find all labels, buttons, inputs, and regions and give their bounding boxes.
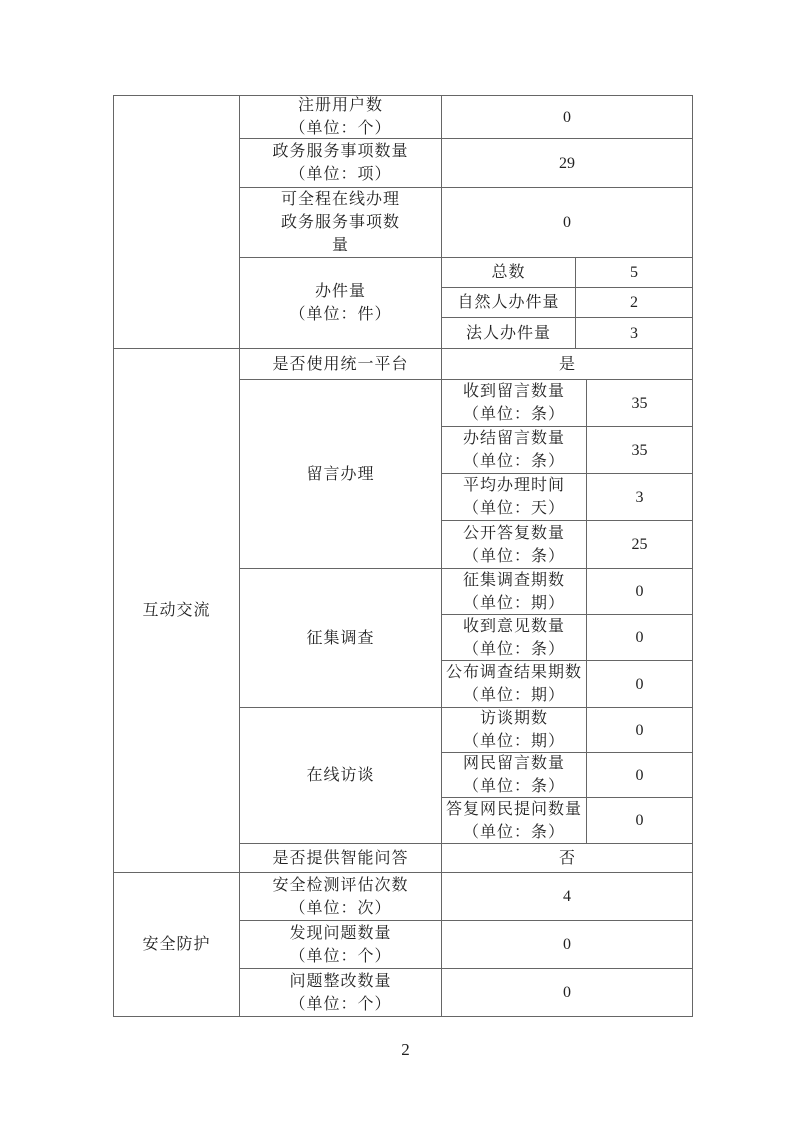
subrow-value: 25: [587, 521, 692, 568]
table-group-row: 留言办理 收到留言数量 （单位：条） 35 办结留言数量 （单位：条） 35 平…: [240, 380, 692, 569]
table-row: 注册用户数 （单位：个） 0: [240, 96, 692, 139]
subrow-label: 网民留言数量 （单位：条）: [442, 753, 587, 797]
row-value: 0: [442, 96, 692, 138]
category-cell: 安全防护: [114, 873, 240, 1016]
table-subrow: 收到留言数量 （单位：条） 35: [442, 380, 692, 427]
group-label: 在线访谈: [240, 708, 442, 843]
category-cell: 互动交流: [114, 349, 240, 872]
table-group-row: 在线访谈 访谈期数 （单位：期） 0 网民留言数量 （单位：条） 0 答复网民提…: [240, 708, 692, 844]
table-subrow: 访谈期数 （单位：期） 0: [442, 708, 692, 753]
table-subrow: 征集调查期数 （单位：期） 0: [442, 569, 692, 615]
table-subrow: 公布调查结果期数 （单位：期） 0: [442, 661, 692, 707]
group-subrows: 访谈期数 （单位：期） 0 网民留言数量 （单位：条） 0 答复网民提问数量 （…: [442, 708, 692, 843]
table-section-services: 注册用户数 （单位：个） 0 政务服务事项数量 （单位：项） 29 可全程在线办…: [114, 96, 692, 349]
subrow-label: 法人办件量: [442, 318, 576, 348]
category-cell-empty: [114, 96, 240, 348]
table-subrow: 平均办理时间 （单位：天） 3: [442, 474, 692, 521]
row-label: 问题整改数量 （单位：个）: [240, 969, 442, 1016]
row-value: 29: [442, 139, 692, 187]
table-row: 可全程在线办理 政务服务事项数 量 0: [240, 188, 692, 258]
row-value: 是: [442, 349, 692, 379]
subrow-label: 收到留言数量 （单位：条）: [442, 380, 587, 426]
section-rows: 注册用户数 （单位：个） 0 政务服务事项数量 （单位：项） 29 可全程在线办…: [240, 96, 692, 348]
table-section-interaction: 互动交流 是否使用统一平台 是 留言办理 收到留言数量 （单位：条） 35 办结…: [114, 349, 692, 873]
subrow-value: 35: [587, 427, 692, 473]
subrow-value: 0: [587, 798, 692, 843]
subrow-label: 公开答复数量 （单位：条）: [442, 521, 587, 568]
row-value: 0: [442, 188, 692, 257]
subrow-label: 自然人办件量: [442, 288, 576, 317]
row-label: 是否使用统一平台: [240, 349, 442, 379]
table-subrow: 公开答复数量 （单位：条） 25: [442, 521, 692, 568]
subrow-label: 办结留言数量 （单位：条）: [442, 427, 587, 473]
subrow-label: 答复网民提问数量 （单位：条）: [442, 798, 587, 843]
table-group-row: 办件量 （单位：件） 总数 5 自然人办件量 2 法人办件量 3: [240, 258, 692, 348]
group-subrows: 征集调查期数 （单位：期） 0 收到意见数量 （单位：条） 0 公布调查结果期数…: [442, 569, 692, 707]
table-row: 是否使用统一平台 是: [240, 349, 692, 380]
table-subrow: 答复网民提问数量 （单位：条） 0: [442, 798, 692, 843]
row-label: 发现问题数量 （单位：个）: [240, 921, 442, 968]
subrow-value: 0: [587, 708, 692, 752]
subrow-value: 5: [576, 258, 692, 287]
group-subrows: 总数 5 自然人办件量 2 法人办件量 3: [442, 258, 692, 348]
subrow-value: 3: [576, 318, 692, 348]
row-value: 0: [442, 921, 692, 968]
report-table: 注册用户数 （单位：个） 0 政务服务事项数量 （单位：项） 29 可全程在线办…: [113, 95, 693, 1017]
section-rows: 是否使用统一平台 是 留言办理 收到留言数量 （单位：条） 35 办结留言数量 …: [240, 349, 692, 872]
table-section-security: 安全防护 安全检测评估次数 （单位：次） 4 发现问题数量 （单位：个） 0 问…: [114, 873, 692, 1016]
row-label: 政务服务事项数量 （单位：项）: [240, 139, 442, 187]
group-label: 留言办理: [240, 380, 442, 568]
table-subrow: 总数 5: [442, 258, 692, 288]
table-subrow: 自然人办件量 2: [442, 288, 692, 318]
row-label: 是否提供智能问答: [240, 844, 442, 872]
subrow-value: 0: [587, 661, 692, 707]
subrow-label: 平均办理时间 （单位：天）: [442, 474, 587, 520]
row-value: 0: [442, 969, 692, 1016]
subrow-value: 35: [587, 380, 692, 426]
document-page: 注册用户数 （单位：个） 0 政务服务事项数量 （单位：项） 29 可全程在线办…: [0, 0, 793, 1122]
table-row: 问题整改数量 （单位：个） 0: [240, 969, 692, 1016]
subrow-value: 0: [587, 569, 692, 614]
table-subrow: 收到意见数量 （单位：条） 0: [442, 615, 692, 661]
row-value: 4: [442, 873, 692, 920]
subrow-value: 2: [576, 288, 692, 317]
group-subrows: 收到留言数量 （单位：条） 35 办结留言数量 （单位：条） 35 平均办理时间…: [442, 380, 692, 568]
subrow-label: 公布调查结果期数 （单位：期）: [442, 661, 587, 707]
subrow-value: 3: [587, 474, 692, 520]
table-subrow: 法人办件量 3: [442, 318, 692, 348]
subrow-label: 收到意见数量 （单位：条）: [442, 615, 587, 660]
table-row: 是否提供智能问答 否: [240, 844, 692, 872]
subrow-label: 总数: [442, 258, 576, 287]
row-label: 注册用户数 （单位：个）: [240, 96, 442, 138]
table-row: 政务服务事项数量 （单位：项） 29: [240, 139, 692, 188]
group-label: 办件量 （单位：件）: [240, 258, 442, 348]
table-row: 安全检测评估次数 （单位：次） 4: [240, 873, 692, 921]
subrow-label: 征集调查期数 （单位：期）: [442, 569, 587, 614]
page-number: 2: [9, 1040, 793, 1060]
table-subrow: 网民留言数量 （单位：条） 0: [442, 753, 692, 798]
row-label: 可全程在线办理 政务服务事项数 量: [240, 188, 442, 257]
table-subrow: 办结留言数量 （单位：条） 35: [442, 427, 692, 474]
section-rows: 安全检测评估次数 （单位：次） 4 发现问题数量 （单位：个） 0 问题整改数量…: [240, 873, 692, 1016]
table-row: 发现问题数量 （单位：个） 0: [240, 921, 692, 969]
row-label: 安全检测评估次数 （单位：次）: [240, 873, 442, 920]
subrow-label: 访谈期数 （单位：期）: [442, 708, 587, 752]
subrow-value: 0: [587, 753, 692, 797]
table-group-row: 征集调查 征集调查期数 （单位：期） 0 收到意见数量 （单位：条） 0 公布调…: [240, 569, 692, 708]
subrow-value: 0: [587, 615, 692, 660]
group-label: 征集调查: [240, 569, 442, 707]
row-value: 否: [442, 844, 692, 872]
